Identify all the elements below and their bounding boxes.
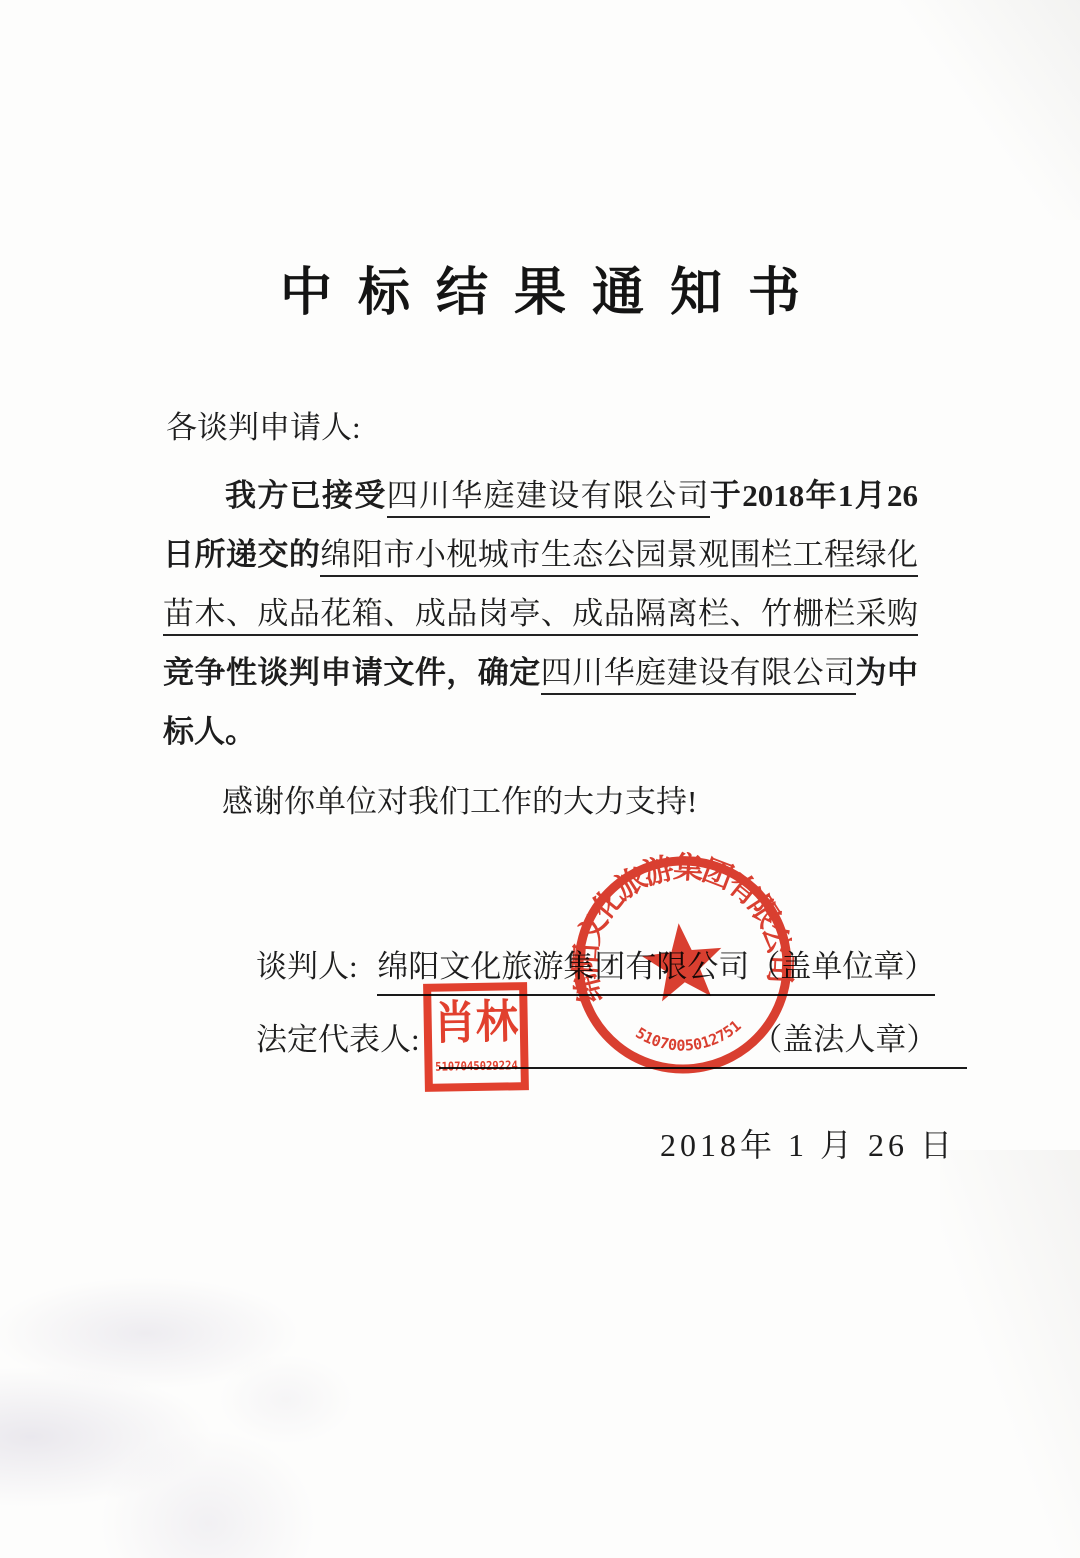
- legal-rep-label: 法定代表人:: [256, 1014, 420, 1059]
- paragraph-run-negotiation-doc: 竞争性谈判申请文件，确定: [163, 655, 541, 690]
- negotiator-label: 谈判人:: [256, 941, 358, 986]
- document-date: 2018年 1 月 26 日: [660, 1120, 956, 1166]
- scanned-document-page: 中标结果通知书 各谈判申请人: 我方已接受四川华庭建设有限公司于2018年1月2…: [0, 0, 1080, 1558]
- scan-shade-right-edge: [940, 1150, 1080, 1558]
- paragraph-run-accept: 我方已接受: [225, 478, 387, 513]
- name-seal-text: 肖林: [433, 990, 519, 1053]
- company-round-seal: 绵阳文化旅游集团有限公司 5107005012751: [554, 836, 811, 1093]
- name-seal-number: 5107045029224: [435, 1058, 518, 1073]
- company-seal-star: [639, 919, 726, 1003]
- paragraph-run-winner-name: 四川华庭建设有限公司: [541, 655, 856, 695]
- thanks-line: 感谢你单位对我们工作的大力支持!: [222, 776, 697, 821]
- salutation: 各谈判申请人:: [166, 402, 361, 447]
- body-paragraph: 我方已接受四川华庭建设有限公司于2018年1月26日所递交的绵阳市小枧城市生态公…: [163, 466, 918, 761]
- document-title: 中标结果通知书: [0, 250, 1080, 325]
- paragraph-run-bidder-name: 四川华庭建设有限公司: [387, 478, 710, 518]
- scan-shade-top-right: [820, 0, 1080, 220]
- legal-rep-name-seal: 肖林 5107045029224: [423, 982, 529, 1092]
- scan-smudge-bottom-left: [0, 1270, 520, 1558]
